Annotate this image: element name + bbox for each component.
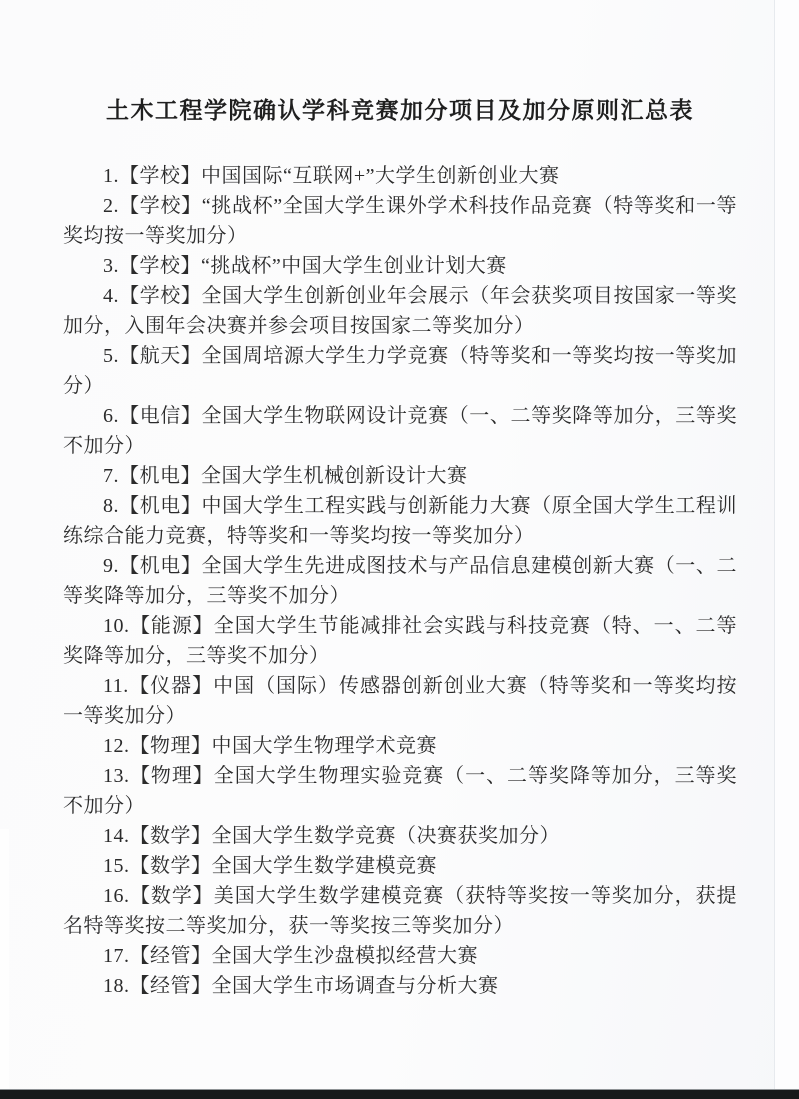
item-number: 12. (103, 735, 130, 757)
item-number: 6. (103, 405, 119, 427)
list-item: 3.【学校】“挑战杯”中国大学生创业计划大赛 (63, 251, 737, 281)
list-item: 14.【数学】全国大学生数学竞赛（决赛获奖加分） (63, 821, 737, 851)
list-item: 17.【经管】全国大学生沙盘模拟经营大赛 (63, 941, 737, 971)
list-item: 9.【机电】全国大学生先进成图技术与产品信息建模创新大赛（一、二等奖降等加分，三… (63, 551, 737, 611)
item-category-tag: 【学校】 (119, 195, 202, 217)
list-item: 6.【电信】全国大学生物联网设计竞赛（一、二等奖降等加分，三等奖不加分） (63, 401, 737, 461)
list-item: 7.【机电】全国大学生机械创新设计大赛 (63, 461, 737, 491)
item-category-tag: 【学校】 (119, 165, 201, 187)
item-category-tag: 【经管】 (130, 975, 212, 997)
list-item: 15.【数学】全国大学生数学建模竞赛 (63, 851, 737, 881)
item-category-tag: 【数学】 (130, 855, 212, 877)
item-text: 中国大学生物理学术竞赛 (212, 735, 438, 757)
list-item: 16.【数学】美国大学生数学建模竞赛（获特等奖按一等奖加分，获提名特等奖按二等奖… (63, 881, 737, 941)
competition-list: 1.【学校】中国国际“互联网+”大学生创新创业大赛 2.【学校】“挑战杯”全国大… (63, 161, 737, 1001)
item-number: 18. (103, 975, 130, 997)
item-category-tag: 【机电】 (119, 495, 202, 517)
item-category-tag: 【数学】 (130, 885, 214, 907)
item-category-tag: 【能源】 (130, 615, 214, 637)
item-text: 全国大学生市场调查与分析大赛 (212, 975, 499, 997)
list-item: 12.【物理】中国大学生物理学术竞赛 (63, 731, 737, 761)
item-category-tag: 【物理】 (130, 735, 212, 757)
list-item: 18.【经管】全国大学生市场调查与分析大赛 (63, 971, 737, 1001)
item-category-tag: 【电信】 (119, 405, 202, 427)
item-number: 5. (103, 345, 119, 367)
item-text: 全国大学生沙盘模拟经营大赛 (212, 945, 479, 967)
item-category-tag: 【机电】 (119, 555, 202, 577)
document-title: 土木工程学院确认学科竞赛加分项目及加分原则汇总表 (63, 92, 737, 125)
document-content: 土木工程学院确认学科竞赛加分项目及加分原则汇总表 1.【学校】中国国际“互联网+… (0, 0, 799, 1001)
list-item: 1.【学校】中国国际“互联网+”大学生创新创业大赛 (63, 161, 737, 191)
paper-right-edge (774, 0, 799, 1089)
scanner-edge-band (0, 1089, 799, 1099)
list-item: 4.【学校】全国大学生创新创业年会展示（年会获奖项目按国家一等奖加分，入围年会决… (63, 281, 737, 341)
item-category-tag: 【数学】 (130, 825, 212, 847)
list-item: 10.【能源】全国大学生节能减排社会实践与科技竞赛（特、一、二等奖降等加分，三等… (63, 611, 737, 671)
item-number: 8. (103, 495, 119, 517)
item-text: 全国大学生数学建模竞赛 (212, 855, 438, 877)
paper-left-edge (0, 829, 9, 1089)
item-number: 17. (103, 945, 130, 967)
scanned-document-page: 土木工程学院确认学科竞赛加分项目及加分原则汇总表 1.【学校】中国国际“互联网+… (0, 0, 799, 1099)
list-item: 2.【学校】“挑战杯”全国大学生课外学术科技作品竞赛（特等奖和一等奖均按一等奖加… (63, 191, 737, 251)
item-category-tag: 【学校】 (119, 255, 201, 277)
list-item: 8.【机电】中国大学生工程实践与创新能力大赛（原全国大学生工程训练综合能力竞赛，… (63, 491, 737, 551)
item-number: 1. (103, 165, 119, 187)
list-item: 11.【仪器】中国（国际）传感器创新创业大赛（特等奖和一等奖均按一等奖加分） (63, 671, 737, 731)
item-number: 11. (103, 675, 129, 697)
item-category-tag: 【经管】 (130, 945, 212, 967)
item-category-tag: 【航天】 (119, 345, 202, 367)
item-text: 全国大学生数学竞赛（决赛获奖加分） (212, 825, 561, 847)
item-text: 中国国际“互联网+”大学生创新创业大赛 (201, 165, 560, 187)
item-number: 15. (103, 855, 130, 877)
item-number: 7. (103, 465, 119, 487)
item-number: 16. (103, 885, 130, 907)
list-item: 5.【航天】全国周培源大学生力学竞赛（特等奖和一等奖均按一等奖加分） (63, 341, 737, 401)
item-number: 3. (103, 255, 119, 277)
list-item: 13.【物理】全国大学生物理实验竞赛（一、二等奖降等加分，三等奖不加分） (63, 761, 737, 821)
item-category-tag: 【物理】 (130, 765, 214, 787)
item-number: 2. (103, 195, 119, 217)
item-category-tag: 【仪器】 (129, 675, 213, 697)
item-text: “挑战杯”中国大学生创业计划大赛 (201, 255, 507, 277)
item-text: 全国大学生机械创新设计大赛 (201, 465, 468, 487)
item-number: 13. (103, 765, 130, 787)
item-number: 9. (103, 555, 119, 577)
item-number: 10. (103, 615, 130, 637)
item-number: 14. (103, 825, 130, 847)
item-number: 4. (103, 285, 119, 307)
item-category-tag: 【机电】 (119, 465, 201, 487)
item-category-tag: 【学校】 (119, 285, 202, 307)
